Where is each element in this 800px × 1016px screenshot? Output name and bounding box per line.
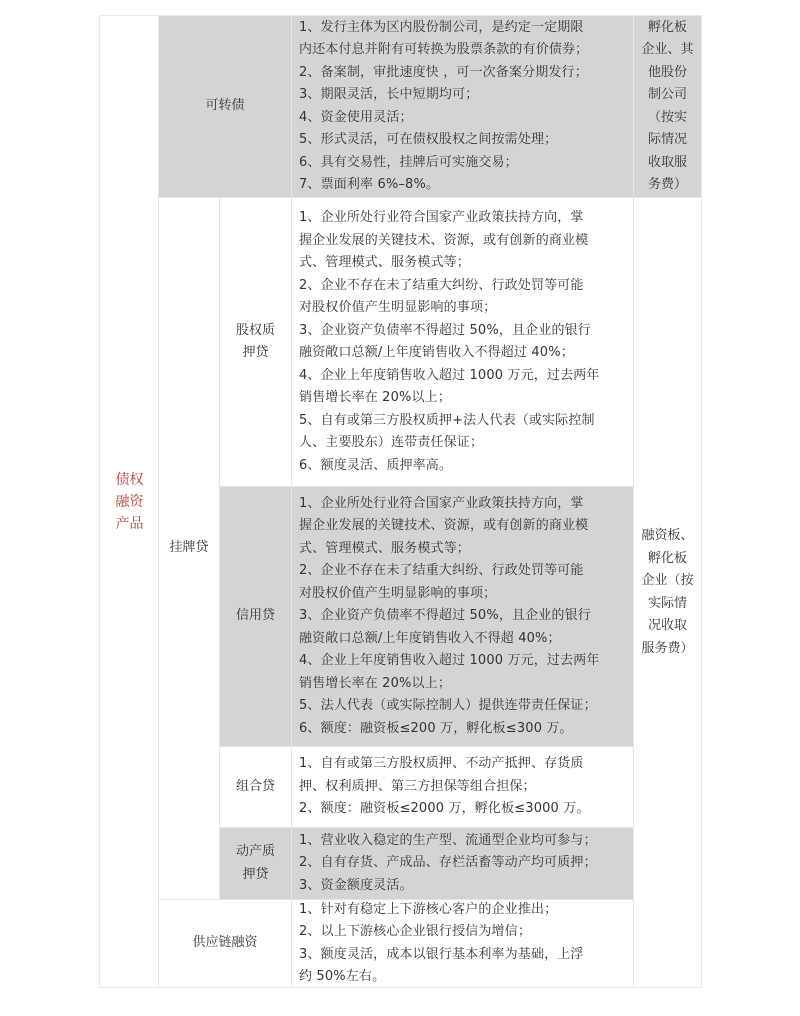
description-line: 1、发行主体为区内股份制公司，是约定一定期限 <box>299 17 588 40</box>
product-label: 信用贷 <box>236 605 275 628</box>
description-movable-pledge-loan: 1、营业收入稳定的生产型、流通型企业均可参与； 2、自有存货、产成品、存栏活畜等… <box>292 828 633 899</box>
grid-line <box>220 746 633 747</box>
description-line: 3、资金额度灵活。 <box>299 875 597 898</box>
description-line: 约 50%左右。 <box>299 966 584 989</box>
note-line: 企业（按 <box>636 570 700 593</box>
description-line: 式、管理模式、服务模式等； <box>299 538 600 561</box>
description-line: 4、资金使用灵活； <box>299 107 588 130</box>
group-label: 挂牌贷 <box>169 537 208 560</box>
grid-line <box>158 16 159 987</box>
description-line: 销售增长率在 20%以上； <box>299 387 600 410</box>
description-line: 内还本付息并附有可转换为股票条款的有价债券； <box>299 39 588 62</box>
group-listing-loan: 挂牌贷 <box>159 198 219 899</box>
product-movable-pledge-loan: 动产质 押贷 <box>220 828 291 899</box>
description-line: 5、法人代表（或实际控制人）提供连带责任保证； <box>299 695 600 718</box>
note-line: 务费） <box>636 174 700 197</box>
description-convertible-bond: 1、发行主体为区内股份制公司，是约定一定期限 内还本付息并附有可转换为股票条款的… <box>292 16 633 197</box>
product-label-line: 押贷 <box>236 864 275 887</box>
grid-line <box>633 16 634 987</box>
description-line: 1、自有或第三方股权质押、不动产抵押、存货质 <box>299 753 590 776</box>
note-line: 收取服 <box>636 152 700 175</box>
description-line: 2、以上下游核心企业银行授信为增信； <box>299 921 584 944</box>
note-line: 企业、其 <box>636 39 700 62</box>
category-line: 债权 <box>114 469 146 491</box>
description-line: 4、企业上年度销售收入超过 1000 万元，过去两年 <box>299 365 600 388</box>
description-combined-loan: 1、自有或第三方股权质押、不动产抵押、存货质 押、权利质押、第三方担保等组合担保… <box>292 747 633 827</box>
grid-line <box>220 486 633 487</box>
note-line: 服务费） <box>636 638 700 661</box>
description-line: 融资敞口总额/上年度销售收入不得超 40%； <box>299 628 600 651</box>
product-equity-pledge-loan: 股权质 押贷 <box>220 198 291 486</box>
description-line: 1、企业所处行业符合国家产业政策扶持方向，掌 <box>299 493 600 516</box>
description-line: 对股权价值产生明显影响的事项； <box>299 583 600 606</box>
category-line: 融资 <box>114 491 146 513</box>
description-line: 2、企业不存在未了结重大纠纷、行政处罚等可能 <box>299 560 600 583</box>
product-label: 供应链融资 <box>192 932 257 955</box>
grid-line <box>219 198 220 899</box>
description-line: 融资敞口总额/上年度销售收入不得超过 40%； <box>299 342 600 365</box>
note-line: 融资板、 <box>636 525 700 548</box>
description-line: 1、营业收入稳定的生产型、流通型企业均可参与； <box>299 830 597 853</box>
description-line: 2、额度：融资板≤2000 万，孵化板≤3000 万。 <box>299 798 590 821</box>
description-line: 2、备案制，审批速度快 ，可一次备案分期发行； <box>299 62 588 85</box>
grid-line <box>291 16 292 987</box>
description-line: 6、具有交易性，挂牌后可实施交易； <box>299 152 588 175</box>
description-supply-chain-finance: 1、针对有稳定上下游核心客户的企业推出； 2、以上下游核心企业银行授信为增信； … <box>292 900 633 987</box>
description-line: 人、主要股东）连带责任保证； <box>299 432 600 455</box>
product-label-line: 股权质 <box>236 320 275 343</box>
description-line: 2、企业不存在未了结重大纠纷、行政处罚等可能 <box>299 275 600 298</box>
note-line: 孵化板 <box>636 548 700 571</box>
product-label: 可转债 <box>205 95 244 118</box>
grid-line <box>159 899 633 900</box>
description-line: 6、额度：融资板≤200 万，孵化板≤300 万。 <box>299 718 600 741</box>
note-shared: 融资板、 孵化板 企业（按 实际情 况收取 服务费） <box>634 198 701 987</box>
note-line: 孵化板 <box>636 17 700 40</box>
description-line: 4、企业上年度销售收入超过 1000 万元，过去两年 <box>299 650 600 673</box>
note-line: （按实 <box>636 107 700 130</box>
note-line: 实际情 <box>636 593 700 616</box>
description-line: 销售增长率在 20%以上； <box>299 673 600 696</box>
description-line: 式、管理模式、服务模式等； <box>299 252 600 275</box>
product-label-line: 动产质 <box>236 841 275 864</box>
grid-line <box>159 197 701 198</box>
description-line: 3、企业资产负债率不得超过 50%，且企业的银行 <box>299 320 600 343</box>
category-cell: 债权 融资 产品 <box>100 16 159 987</box>
description-equity-pledge-loan: 1、企业所处行业符合国家产业政策扶持方向，掌 握企业发展的关键技术、资源，或有创… <box>292 198 633 486</box>
note-convertible-bond: 孵化板 企业、其 他股份 制公司 （按实 际情况 收取服 务费） <box>634 16 701 197</box>
description-line: 1、企业所处行业符合国家产业政策扶持方向，掌 <box>299 207 600 230</box>
category-line: 产品 <box>114 513 146 535</box>
grid-line <box>220 827 633 828</box>
financing-products-table: 债权 融资 产品 可转债 1、发行主体为区内股份制公司，是约定一定期限 内还本付… <box>99 15 702 988</box>
description-line: 5、自有或第三方股权质押+法人代表（或实际控制 <box>299 410 600 433</box>
description-line: 1、针对有稳定上下游核心客户的企业推出； <box>299 899 584 922</box>
product-convertible-bond: 可转债 <box>159 16 291 197</box>
product-combined-loan: 组合贷 <box>220 747 291 827</box>
description-credit-loan: 1、企业所处行业符合国家产业政策扶持方向，掌 握企业发展的关键技术、资源，或有创… <box>292 487 633 746</box>
description-line: 7、票面利率 6%–8%。 <box>299 174 588 197</box>
description-line: 3、额度灵活，成本以银行基本利率为基础，上浮 <box>299 944 584 967</box>
description-line: 押、权利质押、第三方担保等组合担保； <box>299 776 590 799</box>
description-line: 对股权价值产生明显影响的事项； <box>299 297 600 320</box>
note-line: 制公司 <box>636 84 700 107</box>
category-label: 债权 融资 产品 <box>114 469 146 535</box>
description-line: 握企业发展的关键技术、资源，或有创新的商业模 <box>299 515 600 538</box>
note-line: 况收取 <box>636 615 700 638</box>
description-line: 5、形式灵活，可在债权股权之间按需处理； <box>299 129 588 152</box>
description-line: 6、额度灵活、质押率高。 <box>299 455 600 478</box>
note-line: 他股份 <box>636 62 700 85</box>
description-line: 2、自有存货、产成品、存栏活畜等动产均可质押； <box>299 852 597 875</box>
product-credit-loan: 信用贷 <box>220 487 291 746</box>
description-line: 握企业发展的关键技术、资源，或有创新的商业模 <box>299 230 600 253</box>
description-line: 3、企业资产负债率不得超过 50%，且企业的银行 <box>299 605 600 628</box>
product-supply-chain-finance: 供应链融资 <box>159 900 291 987</box>
note-line: 际情况 <box>636 129 700 152</box>
product-label-line: 押贷 <box>236 342 275 365</box>
description-line: 3、期限灵活，长中短期均可； <box>299 84 588 107</box>
product-label: 组合贷 <box>236 776 275 799</box>
